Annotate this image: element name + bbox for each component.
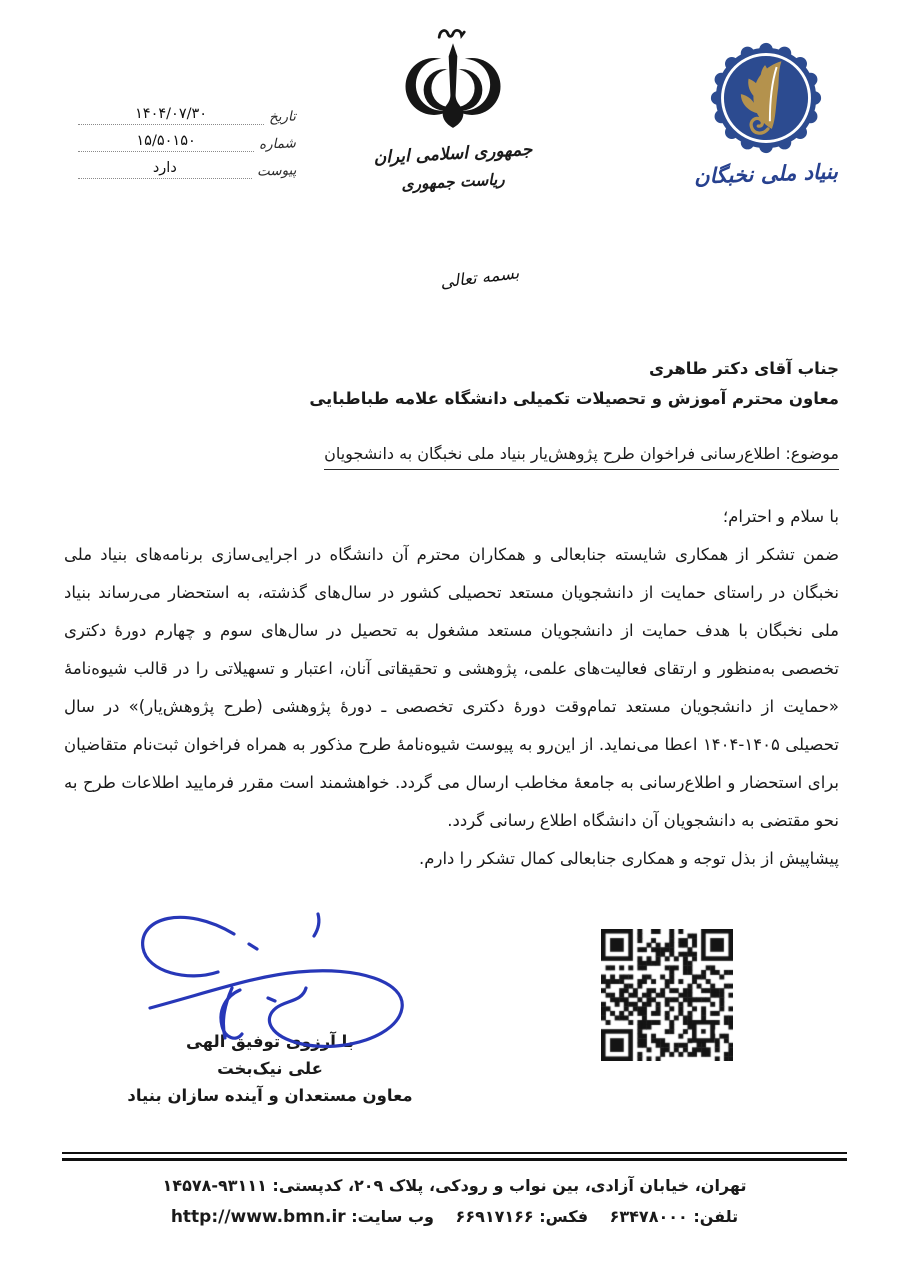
signature-block: با آرزوی توفیق الهی علی نیک‌بخت معاون مس… bbox=[96, 1028, 444, 1109]
number-field: شماره ۱۵/۵۰۱۵۰ bbox=[78, 125, 296, 152]
signatory-title: معاون مستعدان و آینده سازان بنیاد bbox=[96, 1082, 444, 1109]
postal-code: ۱۴۵۷۸-۹۳۱۱۱ bbox=[163, 1176, 267, 1195]
number-leader: ۱۵/۵۰۱۵۰ bbox=[78, 134, 254, 152]
footer-address: تهران، خیابان آزادی، بین نواب و رودکی، پ… bbox=[62, 1170, 847, 1201]
website-label: وب سایت: bbox=[351, 1207, 434, 1226]
letterhead-foundation: بنیاد ملی نخبگان bbox=[671, 40, 861, 186]
footer-rule bbox=[62, 1152, 847, 1161]
attachment-leader: دارد bbox=[78, 161, 252, 179]
republic-title: جمهوری اسلامی ایران bbox=[332, 138, 573, 171]
attachment-value: دارد bbox=[153, 160, 177, 176]
iran-emblem-icon bbox=[333, 26, 573, 140]
fax-label: فکس: bbox=[539, 1207, 588, 1226]
date-label: تاریخ bbox=[269, 109, 296, 126]
phone-label: تلفن: bbox=[693, 1207, 738, 1226]
subject-line: موضوع: اطلاع‌رسانی فراخوان طرح پژوهش‌یار… bbox=[324, 444, 839, 470]
meta-block: تاریخ ۱۴۰۴/۰۷/۳۰ شماره ۱۵/۵۰۱۵۰ پیوست دا… bbox=[78, 98, 296, 179]
bmn-calligraphy: بنیاد ملی نخبگان bbox=[671, 159, 862, 190]
attachment-field: پیوست دارد bbox=[78, 152, 296, 179]
body-paragraph: ضمن تشکر از همکاری شایسته جنابعالی و همک… bbox=[64, 536, 839, 840]
salutation: با سلام و احترام؛ bbox=[64, 498, 839, 536]
closing-line: پیشاپیش از بذل توجه و همکاری جنابعالی کم… bbox=[64, 840, 839, 878]
number-value: ۱۵/۵۰۱۵۰ bbox=[136, 133, 195, 149]
signature-prayer: با آرزوی توفیق الهی bbox=[96, 1028, 444, 1055]
letter-body: با سلام و احترام؛ ضمن تشکر از همکاری شای… bbox=[64, 498, 839, 878]
date-value: ۱۴۰۴/۰۷/۳۰ bbox=[135, 106, 207, 122]
recipient-block: جناب آقای دکتر طاهری معاون محترم آموزش و… bbox=[64, 354, 839, 414]
signatory-name: علی نیک‌بخت bbox=[96, 1055, 444, 1082]
letterhead-center: جمهوری اسلامی ایران ریاست جمهوری bbox=[333, 26, 573, 191]
fax-value: ۶۶۹۱۷۱۶۶ bbox=[456, 1207, 534, 1226]
qr-code bbox=[601, 929, 733, 1061]
recipient-name: جناب آقای دکتر طاهری bbox=[64, 354, 839, 384]
recipient-title: معاون محترم آموزش و تحصیلات تکمیلی دانشگ… bbox=[64, 384, 839, 414]
footer: تهران، خیابان آزادی، بین نواب و رودکی، پ… bbox=[62, 1170, 847, 1233]
bmn-logo-icon bbox=[671, 40, 861, 156]
website-value: http://www.bmn.ir bbox=[171, 1207, 346, 1227]
presidency-subtitle: ریاست جمهوری bbox=[332, 167, 573, 198]
attachment-label: پیوست bbox=[256, 162, 296, 179]
phone-value: ۶۳۴۷۸۰۰۰ bbox=[610, 1207, 688, 1226]
besmellah: بسمه تعالی bbox=[439, 263, 520, 292]
date-leader: ۱۴۰۴/۰۷/۳۰ bbox=[78, 107, 264, 125]
date-field: تاریخ ۱۴۰۴/۰۷/۳۰ bbox=[78, 98, 296, 125]
footer-contacts: تلفن: ۶۳۴۷۸۰۰۰ فکس: ۶۶۹۱۷۱۶۶ وب سایت: ht… bbox=[62, 1201, 847, 1233]
letter-page: { "colors": { "navy": "#27418f", "gold":… bbox=[0, 0, 905, 1280]
number-label: شماره bbox=[259, 135, 296, 152]
